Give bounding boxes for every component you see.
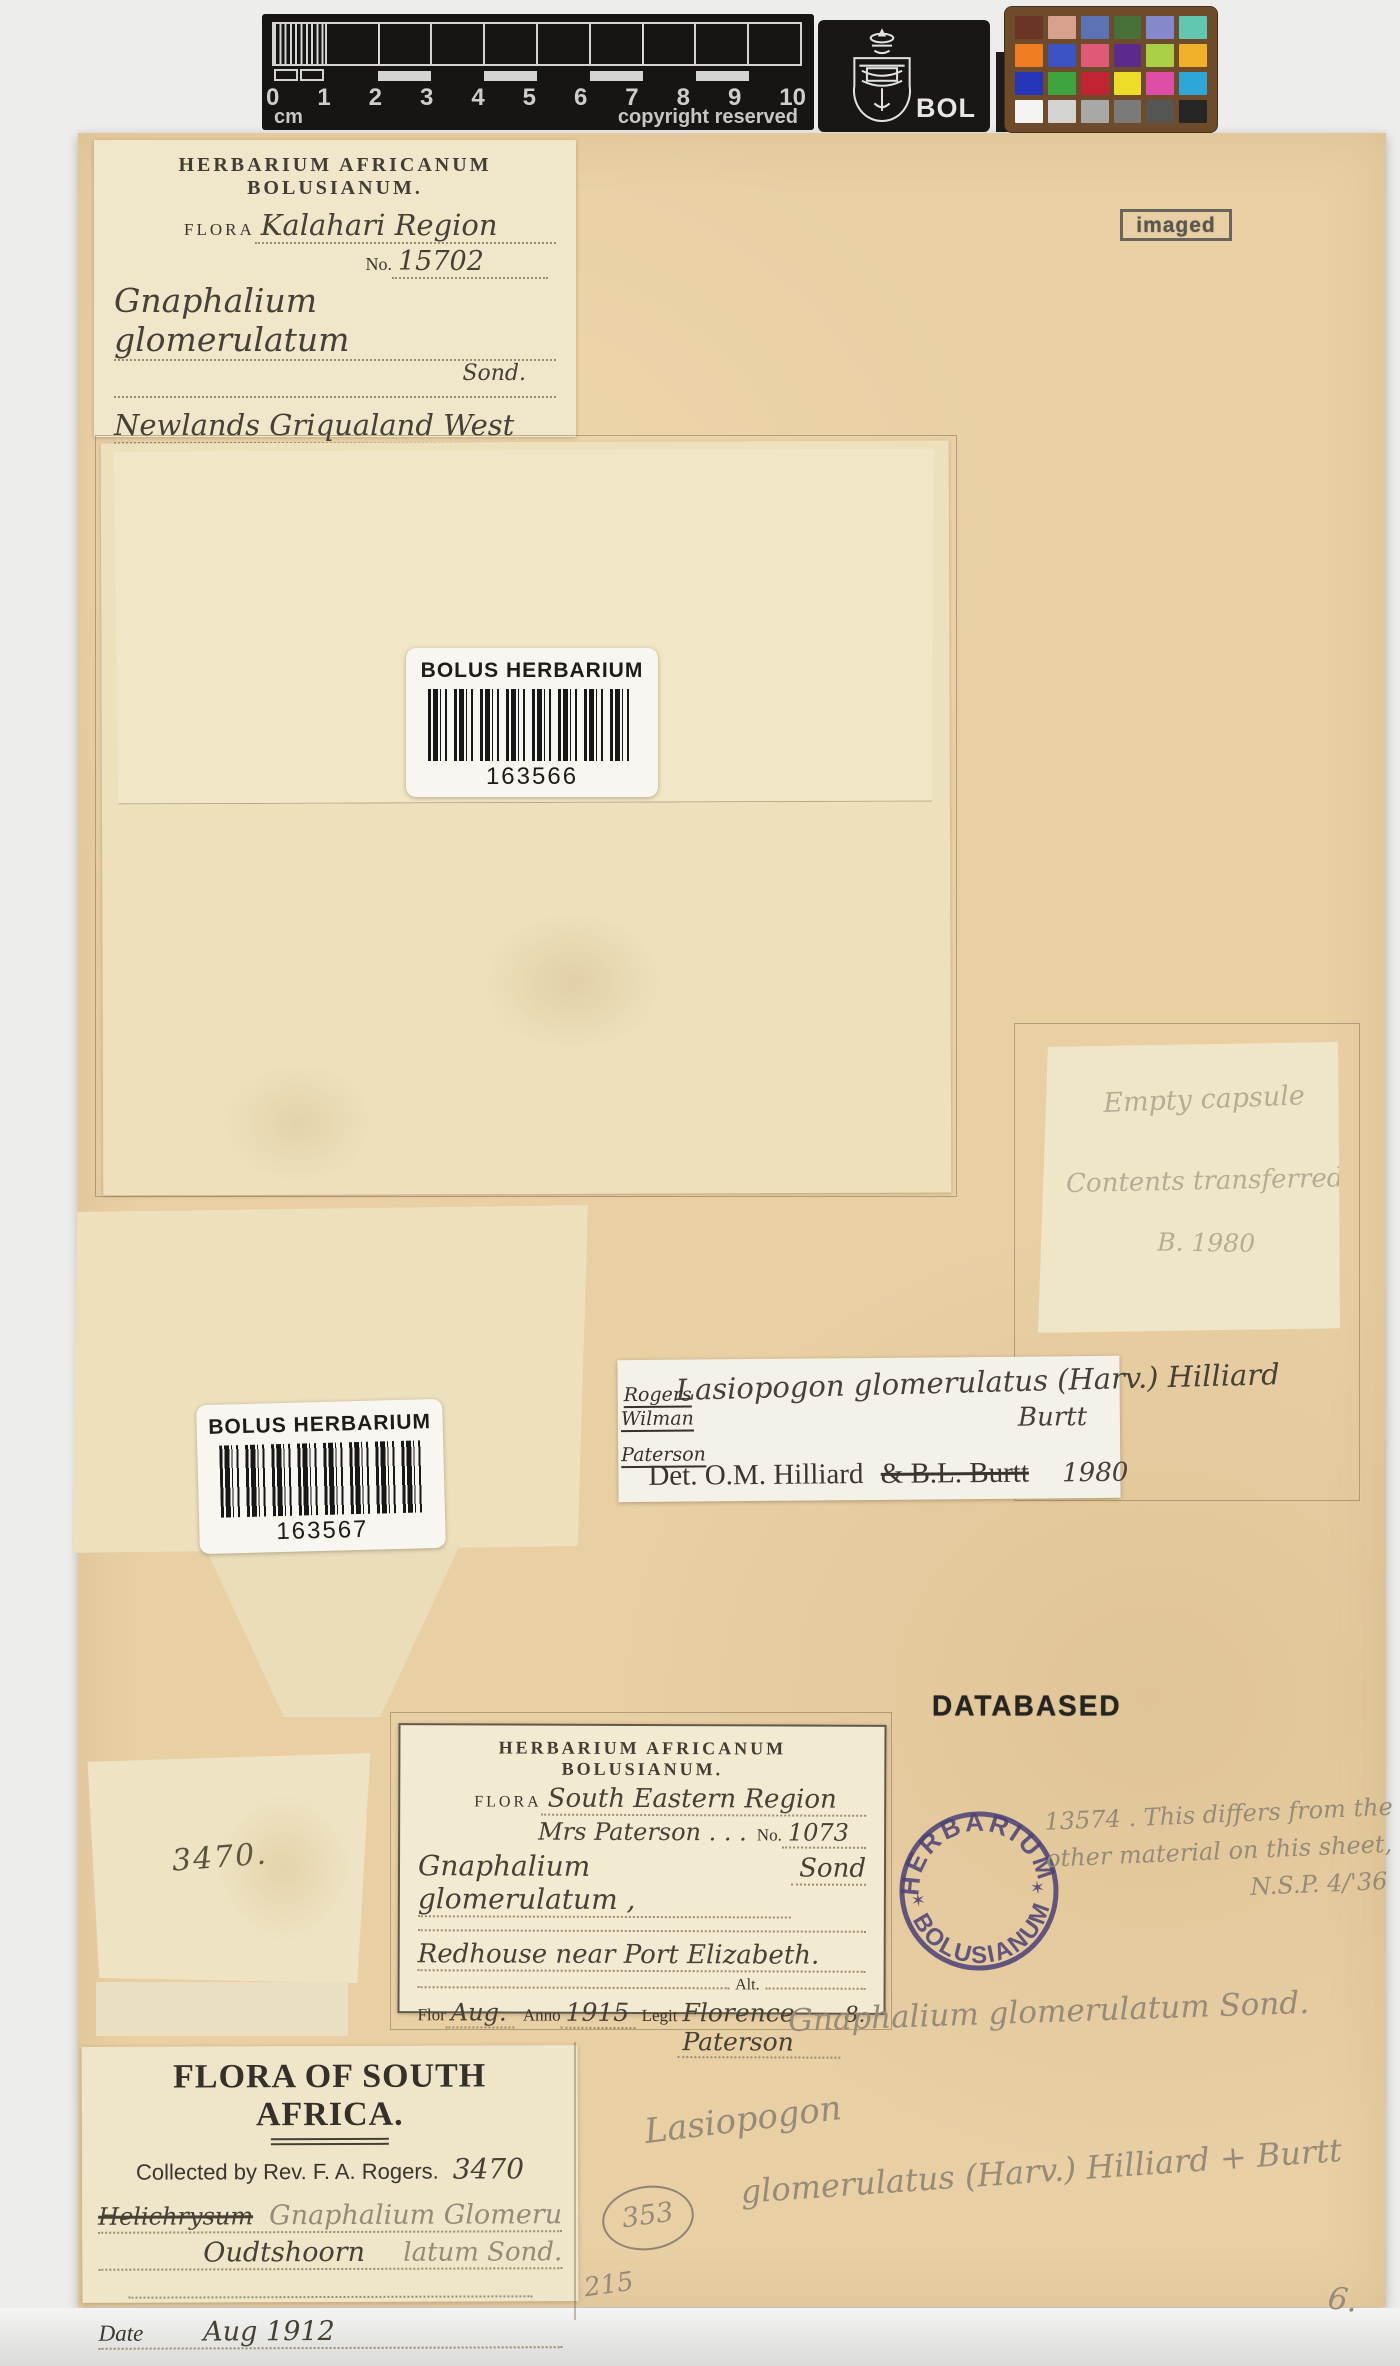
color-patch	[1081, 44, 1109, 67]
scale-subbar	[484, 71, 537, 81]
alt-label: Alt.	[729, 1976, 766, 1994]
taxon-value: Gnaphalium glomerulatum ,	[418, 1849, 791, 1918]
scale-subbox	[300, 69, 324, 81]
author-value: Sond	[791, 1854, 866, 1886]
dotted-rule	[114, 386, 556, 398]
stamp-star-right-icon: ✶	[1029, 1877, 1046, 1898]
author-value: Sond.	[114, 361, 526, 386]
label-header: HERBARIUM AFRICANUM BOLUSIANUM.	[418, 1737, 866, 1781]
color-patch	[1146, 100, 1174, 123]
crossed-name-wilman: Wilman	[621, 1410, 694, 1433]
color-patch	[1081, 16, 1109, 39]
capsule-note-paper: Empty capsule Contents transferred B. 19…	[1038, 1038, 1344, 1337]
herbarium-sheet-scan: { "scale_bar": { "numbers": ["0","1","2"…	[0, 0, 1400, 2366]
no-label: No.	[747, 1825, 782, 1845]
color-patch	[1048, 72, 1076, 95]
imaged-stamp: imaged	[1120, 209, 1232, 241]
color-patch	[1081, 72, 1109, 95]
label-rogers: FLORA OF SOUTH AFRICA. Collected by Rev.…	[82, 2045, 579, 2303]
color-patch	[1146, 44, 1174, 67]
anno-label: Anno	[515, 2006, 561, 2026]
flor-value: Aug.	[446, 1998, 515, 2028]
capsule-note-line3: B. 1980	[1157, 1228, 1255, 1258]
barcode-icon	[428, 689, 636, 761]
color-patch	[1179, 16, 1207, 39]
color-patch	[1015, 16, 1043, 39]
color-patch	[1048, 100, 1076, 123]
scale-subbar	[696, 71, 749, 81]
ruler-number: 6	[574, 84, 587, 112]
color-patch	[1179, 100, 1207, 123]
color-patch	[1048, 16, 1076, 39]
collected-by: Collected by Rev. F. A. Rogers.	[136, 2159, 439, 2186]
scale-subbar	[590, 71, 643, 81]
pencil-note-13574: 13574 . This differs from the other mate…	[1044, 1788, 1400, 1915]
color-patch	[1114, 16, 1142, 39]
ruler-number: 1	[317, 84, 330, 112]
fragment-packet-3470-lower	[96, 1982, 348, 2036]
det-row: Det. O.M. Hilliard & B.L. Burtt 1980	[648, 1456, 1128, 1493]
fragment-packet-3470: 3470.	[83, 1753, 375, 1985]
color-patch	[1179, 44, 1207, 67]
rogers-locality: Oudtshoorn	[203, 2237, 403, 2269]
rogers-title: FLORA OF SOUTH AFRICA.	[98, 2057, 562, 2135]
determination-label: Lasiopogon glomerulatus (Harv.) Hilliard…	[617, 1356, 1120, 1502]
scale-subbar	[378, 71, 431, 81]
color-patch	[1081, 100, 1109, 123]
flora-label: FLORA	[184, 220, 255, 240]
flora-label: FLORA	[474, 1793, 542, 1811]
crossed-name-rogers: Rogers	[624, 1386, 692, 1409]
no-value: 1073	[782, 1818, 866, 1848]
barcode-number: 163567	[207, 1514, 438, 1548]
label-header: HERBARIUM AFRICANUM BOLUSIANUM.	[114, 154, 556, 200]
dotted-rule	[766, 1977, 866, 1989]
label-paterson: HERBARIUM AFRICANUM BOLUSIANUM. FLORA So…	[397, 1723, 886, 2015]
barcode-icon	[219, 1441, 423, 1518]
scale-unit-label: cm	[274, 106, 303, 129]
det-pencil-line1: Gnaphalium Glomeru	[253, 2199, 562, 2231]
flor-label: Flor	[417, 2005, 445, 2025]
flora-value: South Eastern Region	[542, 1784, 867, 1817]
stain	[223, 1063, 373, 1184]
color-patch	[1015, 100, 1043, 123]
capsule-note-line1: Empty capsule	[1103, 1080, 1306, 1119]
color-patch	[1146, 16, 1174, 39]
scale-blocks	[272, 22, 802, 66]
barcode-number: 163566	[414, 763, 650, 791]
color-patch	[1146, 72, 1174, 95]
barcode-label-title: BOLUS HERBARIUM	[204, 1409, 435, 1440]
dotted-rule	[128, 2269, 532, 2298]
det-year: 1980	[1036, 1458, 1128, 1489]
color-patch	[1114, 72, 1142, 95]
stain	[482, 912, 662, 1053]
locality-value: Redhouse near Port Elizabeth.	[418, 1939, 866, 1973]
barcode-label-163566: BOLUS HERBARIUM 163566	[406, 648, 658, 797]
ruler-number: 3	[420, 84, 433, 112]
stamp-star-left-icon: ✶	[910, 1890, 927, 1911]
packet-number: 3470.	[171, 1836, 269, 1878]
legit-label: Legit	[636, 2006, 678, 2026]
specimen-packet-large	[101, 441, 952, 1196]
flora-value: Kalahari Region	[255, 208, 556, 244]
dotted-rule	[418, 1976, 730, 1989]
color-patch	[1015, 44, 1043, 67]
double-rule	[271, 2138, 389, 2145]
det-struck-author: & B.L. Burtt	[871, 1457, 1030, 1490]
barcode-label-163567: BOLUS HERBARIUM 163567	[196, 1399, 446, 1555]
label-kalahari: HERBARIUM AFRICANUM BOLUSIANUM. FLORA Ka…	[94, 140, 576, 437]
dotted-rule	[418, 1917, 866, 1933]
date-label: Date	[99, 2321, 144, 2347]
date-value: Aug 1912	[203, 2315, 562, 2347]
color-patch	[1179, 72, 1207, 95]
svg-text:BOLUSIANUM: BOLUSIANUM	[906, 1895, 1062, 1976]
no-value: 15702	[392, 246, 548, 279]
uct-crest-icon	[844, 28, 920, 126]
pencil-line	[574, 2042, 576, 2320]
anno-value: 1915	[561, 1998, 636, 2029]
barcode-label-title: BOLUS HERBARIUM	[414, 658, 650, 683]
color-patch	[1114, 100, 1142, 123]
collector-number: 3470	[439, 2152, 524, 2185]
genus-struck: Helichrysum	[98, 2202, 253, 2231]
databased-stamp: DATABASED	[932, 1689, 1122, 1722]
stamp-text-bottom: BOLUSIANUM	[906, 1895, 1062, 1976]
cm-scale-bar: 0 1 2 3 4 5 6 7 8 9 10 cm copyright rese…	[262, 14, 814, 130]
capsule-note-line2: Contents transferred	[1066, 1163, 1344, 1199]
scale-subbox	[274, 69, 298, 81]
det-pencil-line2: latum Sond.	[403, 2237, 562, 2268]
color-checker-grid	[1015, 16, 1207, 123]
taxon-value: Gnaphalium glomerulatum	[114, 281, 556, 361]
color-checker	[1004, 6, 1218, 133]
det-taxon-line2: Burtt	[1018, 1402, 1087, 1433]
det-text: Det. O.M. Hilliard	[648, 1458, 863, 1492]
no-label: No.	[366, 254, 393, 275]
ruler-number: 2	[369, 84, 382, 112]
copyright-label: copyright reserved	[618, 106, 798, 129]
bol-logo-text: BOL	[916, 93, 976, 124]
ruler-number: 4	[471, 84, 484, 112]
color-patch	[1048, 44, 1076, 67]
bol-logo-block: BOL	[818, 20, 990, 132]
annotation-sheet-number: 6.	[1326, 2280, 1360, 2320]
collector-value: Mrs Paterson . . .	[538, 1818, 747, 1847]
scale-block-mm	[274, 24, 327, 64]
color-patch	[1114, 44, 1142, 67]
ruler-number: 5	[523, 84, 536, 112]
color-patch	[1015, 72, 1043, 95]
